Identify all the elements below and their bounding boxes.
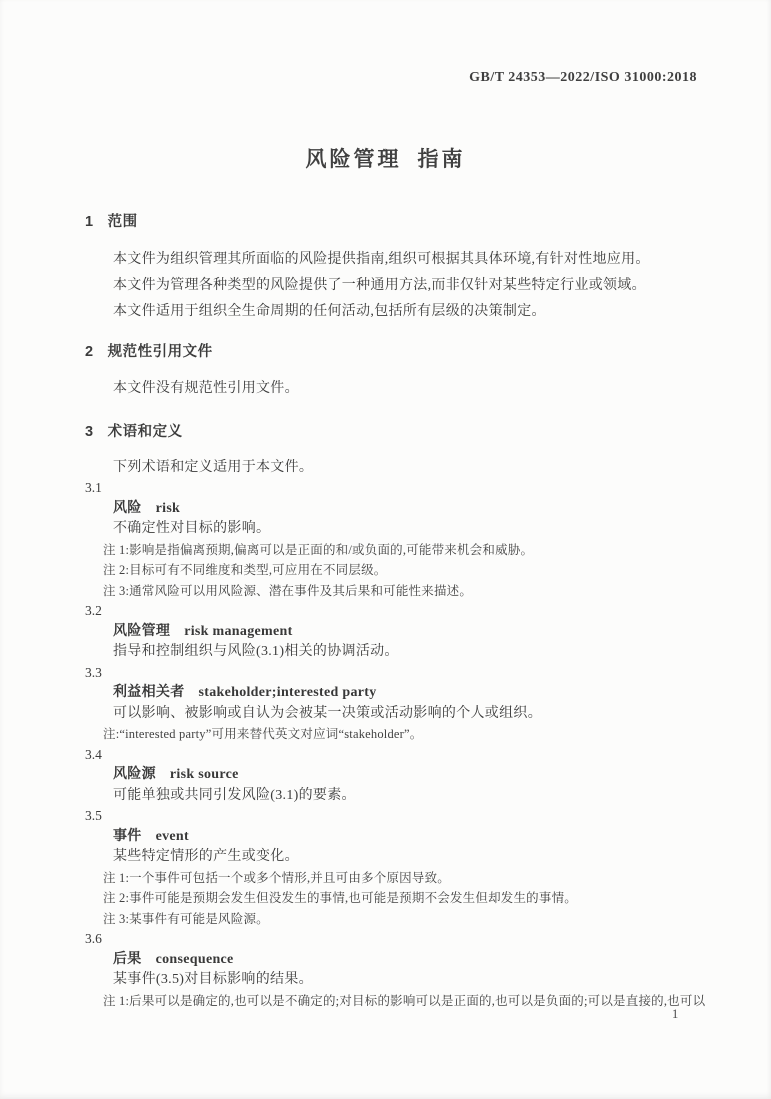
term-note: 注 3:通常风险可以用风险源、潜在事件及其后果和可能性来描述。 [103, 581, 713, 602]
term-entry-stakeholder: 3.3 利益相关者stakeholder;interested party 可以… [0, 663, 771, 745]
clause-2-title: 规范性引用文件 [108, 344, 213, 360]
term-heading: 风险管理risk management [113, 622, 771, 643]
standard-code-header: GB/T 24353—2022/ISO 31000:2018 [469, 70, 697, 86]
paragraph: 本文件为组织管理其所面临的风险提供指南,组织可根据其具体环境,有针对性地应用。 [113, 247, 699, 273]
term-heading: 风险源risk source [113, 765, 771, 786]
term-heading: 风险risk [113, 499, 771, 520]
term-zh: 利益相关者 [113, 685, 185, 700]
term-note: 注 1:后果可以是确定的,也可以是不确定的;对目标的影响可以是正面的,也可以是负… [103, 991, 713, 1012]
term-definition: 可能单独或共同引发风险(3.1)的要素。 [113, 786, 711, 807]
clause-2-number: 2 [85, 344, 94, 360]
term-heading: 后果consequence [113, 950, 771, 971]
term-number: 3.5 [85, 806, 771, 827]
clause-1-number: 1 [85, 214, 94, 230]
term-en: stakeholder;interested party [199, 685, 377, 700]
term-note: 注 1:一个事件可包括一个或多个情形,并且可由多个原因导致。 [103, 868, 713, 889]
document-page: GB/T 24353—2022/ISO 31000:2018 风险管理指南 1范… [0, 0, 771, 1099]
term-zh: 风险源 [113, 767, 156, 782]
document-title: 风险管理指南 [0, 143, 771, 173]
term-definition: 某事件(3.5)对目标影响的结果。 [113, 970, 711, 991]
term-en: consequence [156, 952, 234, 967]
term-heading: 事件event [113, 827, 771, 848]
clause-1-title: 范围 [108, 214, 138, 230]
term-definition: 某些特定情形的产生或变化。 [113, 847, 711, 868]
term-zh: 风险管理 [113, 624, 170, 639]
clause-1-paragraphs: 本文件为组织管理其所面临的风险提供指南,组织可根据其具体环境,有针对性地应用。 … [113, 247, 699, 325]
clause-3-number: 3 [85, 424, 94, 440]
term-note: 注:“interested party”可用来替代英文对应词“stakehold… [103, 724, 713, 745]
term-note: 注 2:目标可有不同维度和类型,可应用在不同层级。 [103, 560, 713, 581]
term-zh: 后果 [113, 952, 142, 967]
paragraph: 本文件适用于组织全生命周期的任何活动,包括所有层级的决策制定。 [113, 299, 699, 325]
term-note: 注 3:某事件有可能是风险源。 [103, 909, 713, 930]
term-entry-risk: 3.1 风险risk 不确定性对目标的影响。 注 1:影响是指偏离预期,偏离可以… [0, 478, 771, 601]
term-en: event [156, 829, 189, 844]
term-zh: 事件 [113, 829, 142, 844]
term-number: 3.6 [85, 929, 771, 950]
document-title-main: 风险管理 [306, 148, 402, 171]
clause-3-intro: 下列术语和定义适用于本文件。 [113, 456, 699, 476]
paragraph: 本文件为管理各种类型的风险提供了一种通用方法,而非仅针对某些特定行业或领域。 [113, 273, 699, 299]
term-heading: 利益相关者stakeholder;interested party [113, 683, 771, 704]
term-entry-risk-source: 3.4 风险源risk source 可能单独或共同引发风险(3.1)的要素。 [0, 745, 771, 807]
term-en: risk [156, 501, 181, 516]
clause-1-heading: 1范围 [85, 210, 138, 231]
clause-2-paragraph: 本文件没有规范性引用文件。 [113, 377, 699, 397]
clause-2-heading: 2规范性引用文件 [85, 340, 213, 361]
term-definition: 指导和控制组织与风险(3.1)相关的协调活动。 [113, 642, 711, 663]
term-number: 3.3 [85, 663, 771, 684]
term-note: 注 2:事件可能是预期会发生但没发生的事情,也可能是预期不会发生但却发生的事情。 [103, 888, 713, 909]
term-entry-event: 3.5 事件event 某些特定情形的产生或变化。 注 1:一个事件可包括一个或… [0, 806, 771, 929]
term-note: 注 1:影响是指偏离预期,偏离可以是正面的和/或负面的,可能带来机会和威胁。 [103, 540, 713, 561]
term-definition: 不确定性对目标的影响。 [113, 519, 711, 540]
term-en: risk source [170, 767, 239, 782]
term-number: 3.1 [85, 478, 771, 499]
term-entry-consequence: 3.6 后果consequence 某事件(3.5)对目标影响的结果。 注 1:… [0, 929, 771, 1011]
term-number: 3.4 [85, 745, 771, 766]
term-zh: 风险 [113, 501, 142, 516]
term-number: 3.2 [85, 601, 771, 622]
document-title-sub: 指南 [418, 148, 466, 171]
clause-3-heading: 3术语和定义 [85, 420, 183, 441]
clause-3-title: 术语和定义 [108, 424, 183, 440]
term-definition: 可以影响、被影响或自认为会被某一决策或活动影响的个人或组织。 [113, 704, 711, 725]
term-en: risk management [184, 624, 292, 639]
term-entry-risk-management: 3.2 风险管理risk management 指导和控制组织与风险(3.1)相… [0, 601, 771, 663]
page-number: 1 [672, 1007, 678, 1022]
terms-and-definitions: 3.1 风险risk 不确定性对目标的影响。 注 1:影响是指偏离预期,偏离可以… [0, 478, 771, 1011]
